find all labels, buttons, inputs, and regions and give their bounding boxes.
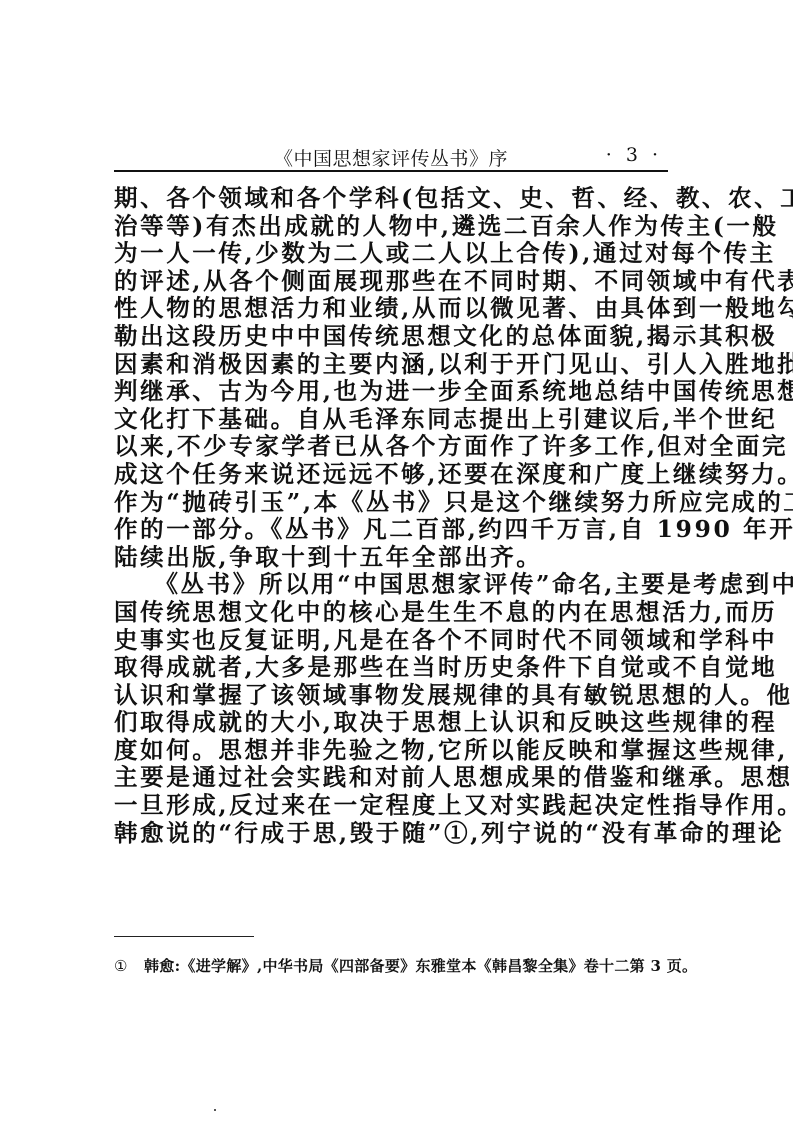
page-number: · 3 · — [606, 144, 662, 166]
text-line: 认识和掌握了该领域事物发展规律的具有敏锐思想的人。他 — [114, 682, 674, 710]
text-line: 为一人一传,少数为二人或二人以上合传),通过对每个传主 — [114, 240, 674, 268]
scan-speck — [214, 1109, 216, 1111]
text-line: 主要是通过社会实践和对前人思想成果的借鉴和继承。思想 — [114, 764, 674, 792]
text-line: 国传统思想文化中的核心是生生不息的内在思想活力,而历 — [114, 599, 674, 627]
text-line: 《丛书》所以用“中国思想家评传”命名,主要是考虑到中 — [114, 571, 674, 599]
text-line: 陆续出版,争取十到十五年全部出齐。 — [114, 544, 674, 572]
text-line: 文化打下基础。自从毛泽东同志提出上引建议后,半个世纪 — [114, 406, 674, 434]
text-line: 取得成就者,大多是那些在当时历史条件下自觉或不自觉地 — [114, 654, 674, 682]
footnote: ①韩愈:《进学解》,中华书局《四部备要》东雅堂本《韩昌黎全集》卷十二第 3 页。 — [114, 955, 697, 976]
text-line: 因素和消极因素的主要内涵,以利于开门见山、引人入胜地批 — [114, 351, 674, 379]
text-line: 们取得成就的大小,取决于思想上认识和反映这些规律的程 — [114, 709, 674, 737]
text-line: 性人物的思想活力和业绩,从而以微见著、由具体到一般地勾 — [114, 295, 674, 323]
body-text: 期、各个领域和各个学科(包括文、史、哲、经、教、农、工、医、政 治等等)有杰出成… — [114, 185, 674, 847]
footnote-text: 韩愈:《进学解》,中华书局《四部备要》东雅堂本《韩昌黎全集》卷十二第 3 页。 — [144, 957, 697, 975]
text-line: 治等等)有杰出成就的人物中,遴选二百余人作为传主(一般 — [114, 213, 674, 241]
footnote-rule — [114, 936, 254, 937]
text-line: 以来,不少专家学者已从各个方面作了许多工作,但对全面完 — [114, 433, 674, 461]
text-line: 期、各个领域和各个学科(包括文、史、哲、经、教、农、工、医、政 — [114, 185, 674, 213]
text-line: 判继承、古为今用,也为进一步全面系统地总结中国传统思想 — [114, 378, 674, 406]
text-line: 韩愈说的“行成于思,毁于随”①,列宁说的“没有革命的理论 — [114, 820, 674, 848]
footnote-mark: ① — [114, 957, 144, 975]
running-header: 《中国思想家评传丛书》序 · 3 · — [114, 138, 668, 172]
header-rule — [114, 170, 668, 172]
text-line: 的评述,从各个侧面展现那些在不同时期、不同领域中有代表 — [114, 268, 674, 296]
text-line: 史事实也反复证明,凡是在各个不同时代不同领域和学科中 — [114, 627, 674, 655]
text-line: 作为“抛砖引玉”,本《丛书》只是这个继续努力所应完成的工 — [114, 489, 674, 517]
text-line: 度如何。思想并非先验之物,它所以能反映和掌握这些规律, — [114, 737, 674, 765]
text-line: 勒出这段历史中中国传统思想文化的总体面貌,揭示其积极 — [114, 323, 674, 351]
text-line: 作的一部分。《丛书》凡二百部,约四千万言,自 1990 年开始 — [114, 516, 674, 544]
text-line: 一旦形成,反过来在一定程度上又对实践起决定性指导作用。 — [114, 792, 674, 820]
text-line: 成这个任务来说还远远不够,还要在深度和广度上继续努力。 — [114, 461, 674, 489]
running-header-title: 《中国思想家评传丛书》序 — [114, 144, 668, 171]
